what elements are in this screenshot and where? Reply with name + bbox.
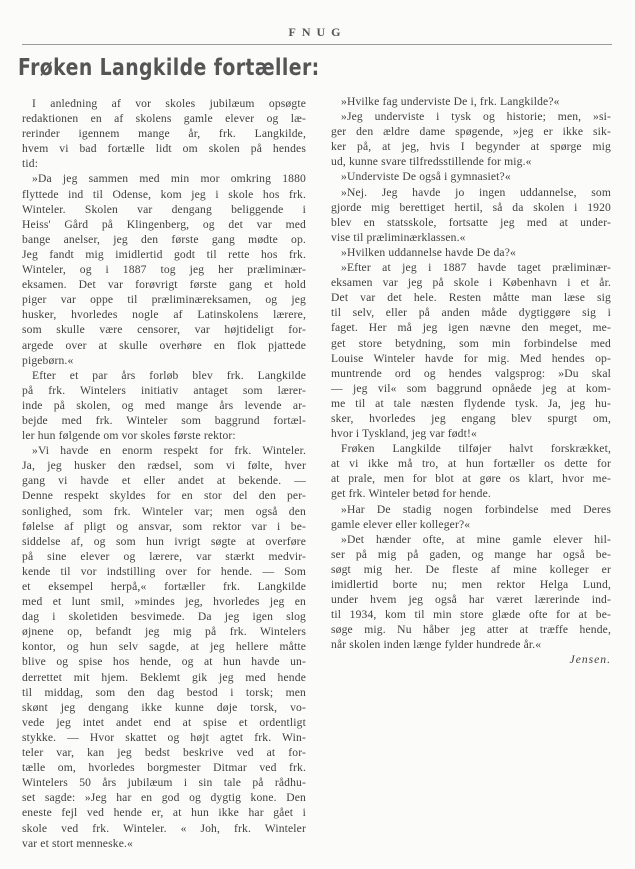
text-line: argede over at skulle overhøre en flok p… bbox=[22, 338, 306, 353]
text-line: set sagde: »Jeg har en god og dygtig kon… bbox=[22, 790, 306, 805]
text-line: »Underviste De også i gymnasiet?« bbox=[331, 169, 611, 184]
text-line: under hvem jeg også har været lærerinde … bbox=[331, 592, 611, 607]
text-line: Heiss' Gård på Klingenberg, og det var m… bbox=[22, 217, 306, 232]
author-signature: Jensen. bbox=[331, 652, 611, 667]
text-line: »Nej. Jeg havde jo ingen uddannelse, som bbox=[331, 185, 611, 200]
text-line: som skulle være censorer, var højtidelig… bbox=[22, 322, 306, 337]
text-line: hvor i Tyskland, jeg var født!« bbox=[331, 426, 611, 441]
text-line: hvem vi bad fortælle lidt om skolen på h… bbox=[22, 141, 306, 156]
text-line: vede jeg intet andet end at spise et ord… bbox=[22, 715, 306, 730]
text-line: tælle om, hvorledes borgmester Ditmar ve… bbox=[22, 760, 306, 775]
text-line: »Det hænder ofte, at mine gamle elever h… bbox=[331, 532, 611, 547]
text-line: Det var det hele. Resten måtte man læse … bbox=[331, 290, 611, 305]
article-column-right: »Hvilke fag underviste De i, frk. Langki… bbox=[331, 94, 611, 668]
text-line: bange anelser, jeg den første gang mødte… bbox=[22, 232, 306, 247]
text-line: søgt mig her. De fleste af mine kolleger… bbox=[331, 562, 611, 577]
text-line: Winteler, og i 1887 tog jeg her prælimin… bbox=[22, 262, 306, 277]
text-line: bejde med frk. Winteler som baggrund for… bbox=[22, 413, 306, 428]
text-line: Louise Winteler havde for mig. Med hende… bbox=[331, 351, 611, 366]
text-line: blive og spise hos hende, og at hun havd… bbox=[22, 654, 306, 669]
text-line: get store betydning, som min forbindelse… bbox=[331, 336, 611, 351]
text-line: stykke. — Hvor skattet og højt agtet frk… bbox=[22, 730, 306, 745]
text-line: pigebørn.« bbox=[22, 353, 306, 368]
text-line: »Hvilken uddannelse havde De da?« bbox=[331, 245, 611, 260]
text-line: — jeg vil« som baggrund opnåede jeg at k… bbox=[331, 381, 611, 396]
text-line: sker, hvorledes jeg engang blev spurgt o… bbox=[331, 411, 611, 426]
text-line: »Da jeg sammen med min mor omkring 1880 bbox=[22, 171, 306, 186]
text-line: Frøken Langkilde tilføjer halvt forskræk… bbox=[331, 441, 611, 456]
text-line: siddelse af, og som hun ivrigt søgte at … bbox=[22, 534, 306, 549]
text-line: blev en statsskole, fortsatte jeg med at… bbox=[331, 215, 611, 230]
text-line: rerinder igennem mange år, frk. Langkild… bbox=[22, 126, 306, 141]
text-line: at vi ikke må tro, at hun fortæller os d… bbox=[331, 456, 611, 471]
text-line: »Jeg underviste i tysk og historie; men,… bbox=[331, 109, 611, 124]
text-line: ker på, at jeg, hvis I begynder at spørg… bbox=[331, 139, 611, 154]
text-line: »Hvilke fag underviste De i, frk. Langki… bbox=[331, 94, 611, 109]
text-line: på sine elever og lærere, var stærkt med… bbox=[22, 549, 306, 564]
text-line: eksamen var jeg på skole i København i e… bbox=[331, 275, 611, 290]
article-title: Frøken Langkilde fortæller: bbox=[18, 55, 320, 81]
text-line: eneste fejl ved hende er, at hun ikke ha… bbox=[22, 805, 306, 820]
text-line: imidlertid borte nu; men rektor Helga Lu… bbox=[331, 577, 611, 592]
text-line: husker, hvorledes nogle af Latinskolens … bbox=[22, 307, 306, 322]
text-line: følelse af pligt og ansvar, som rektor v… bbox=[22, 519, 306, 534]
text-line: Ja, jeg husker den rædsel, som vi følte,… bbox=[22, 458, 306, 473]
text-line: til selv, eller på anden måde dygtiggøre… bbox=[331, 305, 611, 320]
header-divider bbox=[22, 44, 612, 45]
text-line: inde på skolen, og med mange års levende… bbox=[22, 398, 306, 413]
text-line: når skolen inden længe fylder hundrede å… bbox=[331, 637, 611, 652]
text-line: I anledning af vor skoles jubilæum opsøg… bbox=[22, 96, 306, 111]
text-line: tid: bbox=[22, 156, 306, 171]
text-line: faget. Her må jeg igen nævne den meget, … bbox=[331, 320, 611, 335]
text-line: et eksempel herpå,« fortæller frk. Langk… bbox=[22, 579, 306, 594]
text-line: at prale, men for blot at gøre os klart,… bbox=[331, 471, 611, 486]
text-line: vise til præliminærklassen.« bbox=[331, 230, 611, 245]
text-line: »Vi havde en enorm respekt for frk. Wint… bbox=[22, 443, 306, 458]
publication-masthead: FNUG bbox=[0, 25, 635, 40]
text-line: til 1934, kom til min store glæde ofte f… bbox=[331, 607, 611, 622]
text-line: sonlighed, som frk. Winteler var; men og… bbox=[22, 504, 306, 519]
text-line: dag i skoletiden besvimede. Da jeg igen … bbox=[22, 609, 306, 624]
text-line: til middag, som den dag bestod i torsk; … bbox=[22, 685, 306, 700]
text-line: gjorde mig berettiget hertil, så da skol… bbox=[331, 200, 611, 215]
text-line: på frk. Wintelers initiativ antaget som … bbox=[22, 383, 306, 398]
text-line: med et lunt smil, »mindes jeg, hvorledes… bbox=[22, 594, 306, 609]
text-line: »Har De stadig nogen forbindelse med Der… bbox=[331, 502, 611, 517]
text-line: Efter et par års forløb blev frk. Langki… bbox=[22, 368, 306, 383]
text-line: ler hun følgende om vor skoles første re… bbox=[22, 428, 306, 443]
text-line: gamle elever eller kolleger?« bbox=[331, 517, 611, 532]
text-line: kontor, og hun selv sagde, at jeg heller… bbox=[22, 639, 306, 654]
article-column-left: I anledning af vor skoles jubilæum opsøg… bbox=[22, 96, 306, 851]
text-line: ud, kunne svare tilfredsstillende for mi… bbox=[331, 154, 611, 169]
text-line: ser på mig på gaden, og mange har også b… bbox=[331, 547, 611, 562]
text-line: flyttede ind til Odense, kom jeg i skole… bbox=[22, 187, 306, 202]
text-line: skole ved frk. Winteler. « Joh, frk. Win… bbox=[22, 821, 306, 836]
text-line: Jeg fandt mig imidlertid godt til rette … bbox=[22, 247, 306, 262]
text-line: redaktionen en af skolens gamle elever o… bbox=[22, 111, 306, 126]
text-line: »Efter at jeg i 1887 havde taget prælimi… bbox=[331, 260, 611, 275]
text-line: get frk. Winteler betød for hende. bbox=[331, 486, 611, 501]
text-line: teler var, kan jeg bedst beskrive ved at… bbox=[22, 745, 306, 760]
text-line: Denne respekt skyldes for en stor del de… bbox=[22, 488, 306, 503]
text-line: eksamen. Det var forøvrigt første gang e… bbox=[22, 277, 306, 292]
text-line: me til at tale næsten flydende tysk. Ja,… bbox=[331, 396, 611, 411]
text-line: søge mig. Nu håber jeg atter at træffe h… bbox=[331, 622, 611, 637]
text-line: ger den ældre dame spøgende, »jeg er ikk… bbox=[331, 124, 611, 139]
text-line: Wintelers 50 års jubilæum i sin tale på … bbox=[22, 775, 306, 790]
text-line: Winteler. Skolen var dengang beliggende … bbox=[22, 202, 306, 217]
text-line: gang vi havde et eller andet at bekende.… bbox=[22, 473, 306, 488]
text-line: øjnene op, befandt jeg mig på frk. Winte… bbox=[22, 624, 306, 639]
text-line: piger var oppe til præliminæreksamen, og… bbox=[22, 292, 306, 307]
text-line: muntrende ord og hendes valgsprog: »Du s… bbox=[331, 366, 611, 381]
text-line: kende til vor indstilling over for hende… bbox=[22, 564, 306, 579]
text-line: skønt jeg dengang ikke kunne døje torsk,… bbox=[22, 700, 306, 715]
text-line: var et stort menneske.« bbox=[22, 836, 306, 851]
text-line: derrettet mit hjem. Beklemt gik jeg med … bbox=[22, 670, 306, 685]
